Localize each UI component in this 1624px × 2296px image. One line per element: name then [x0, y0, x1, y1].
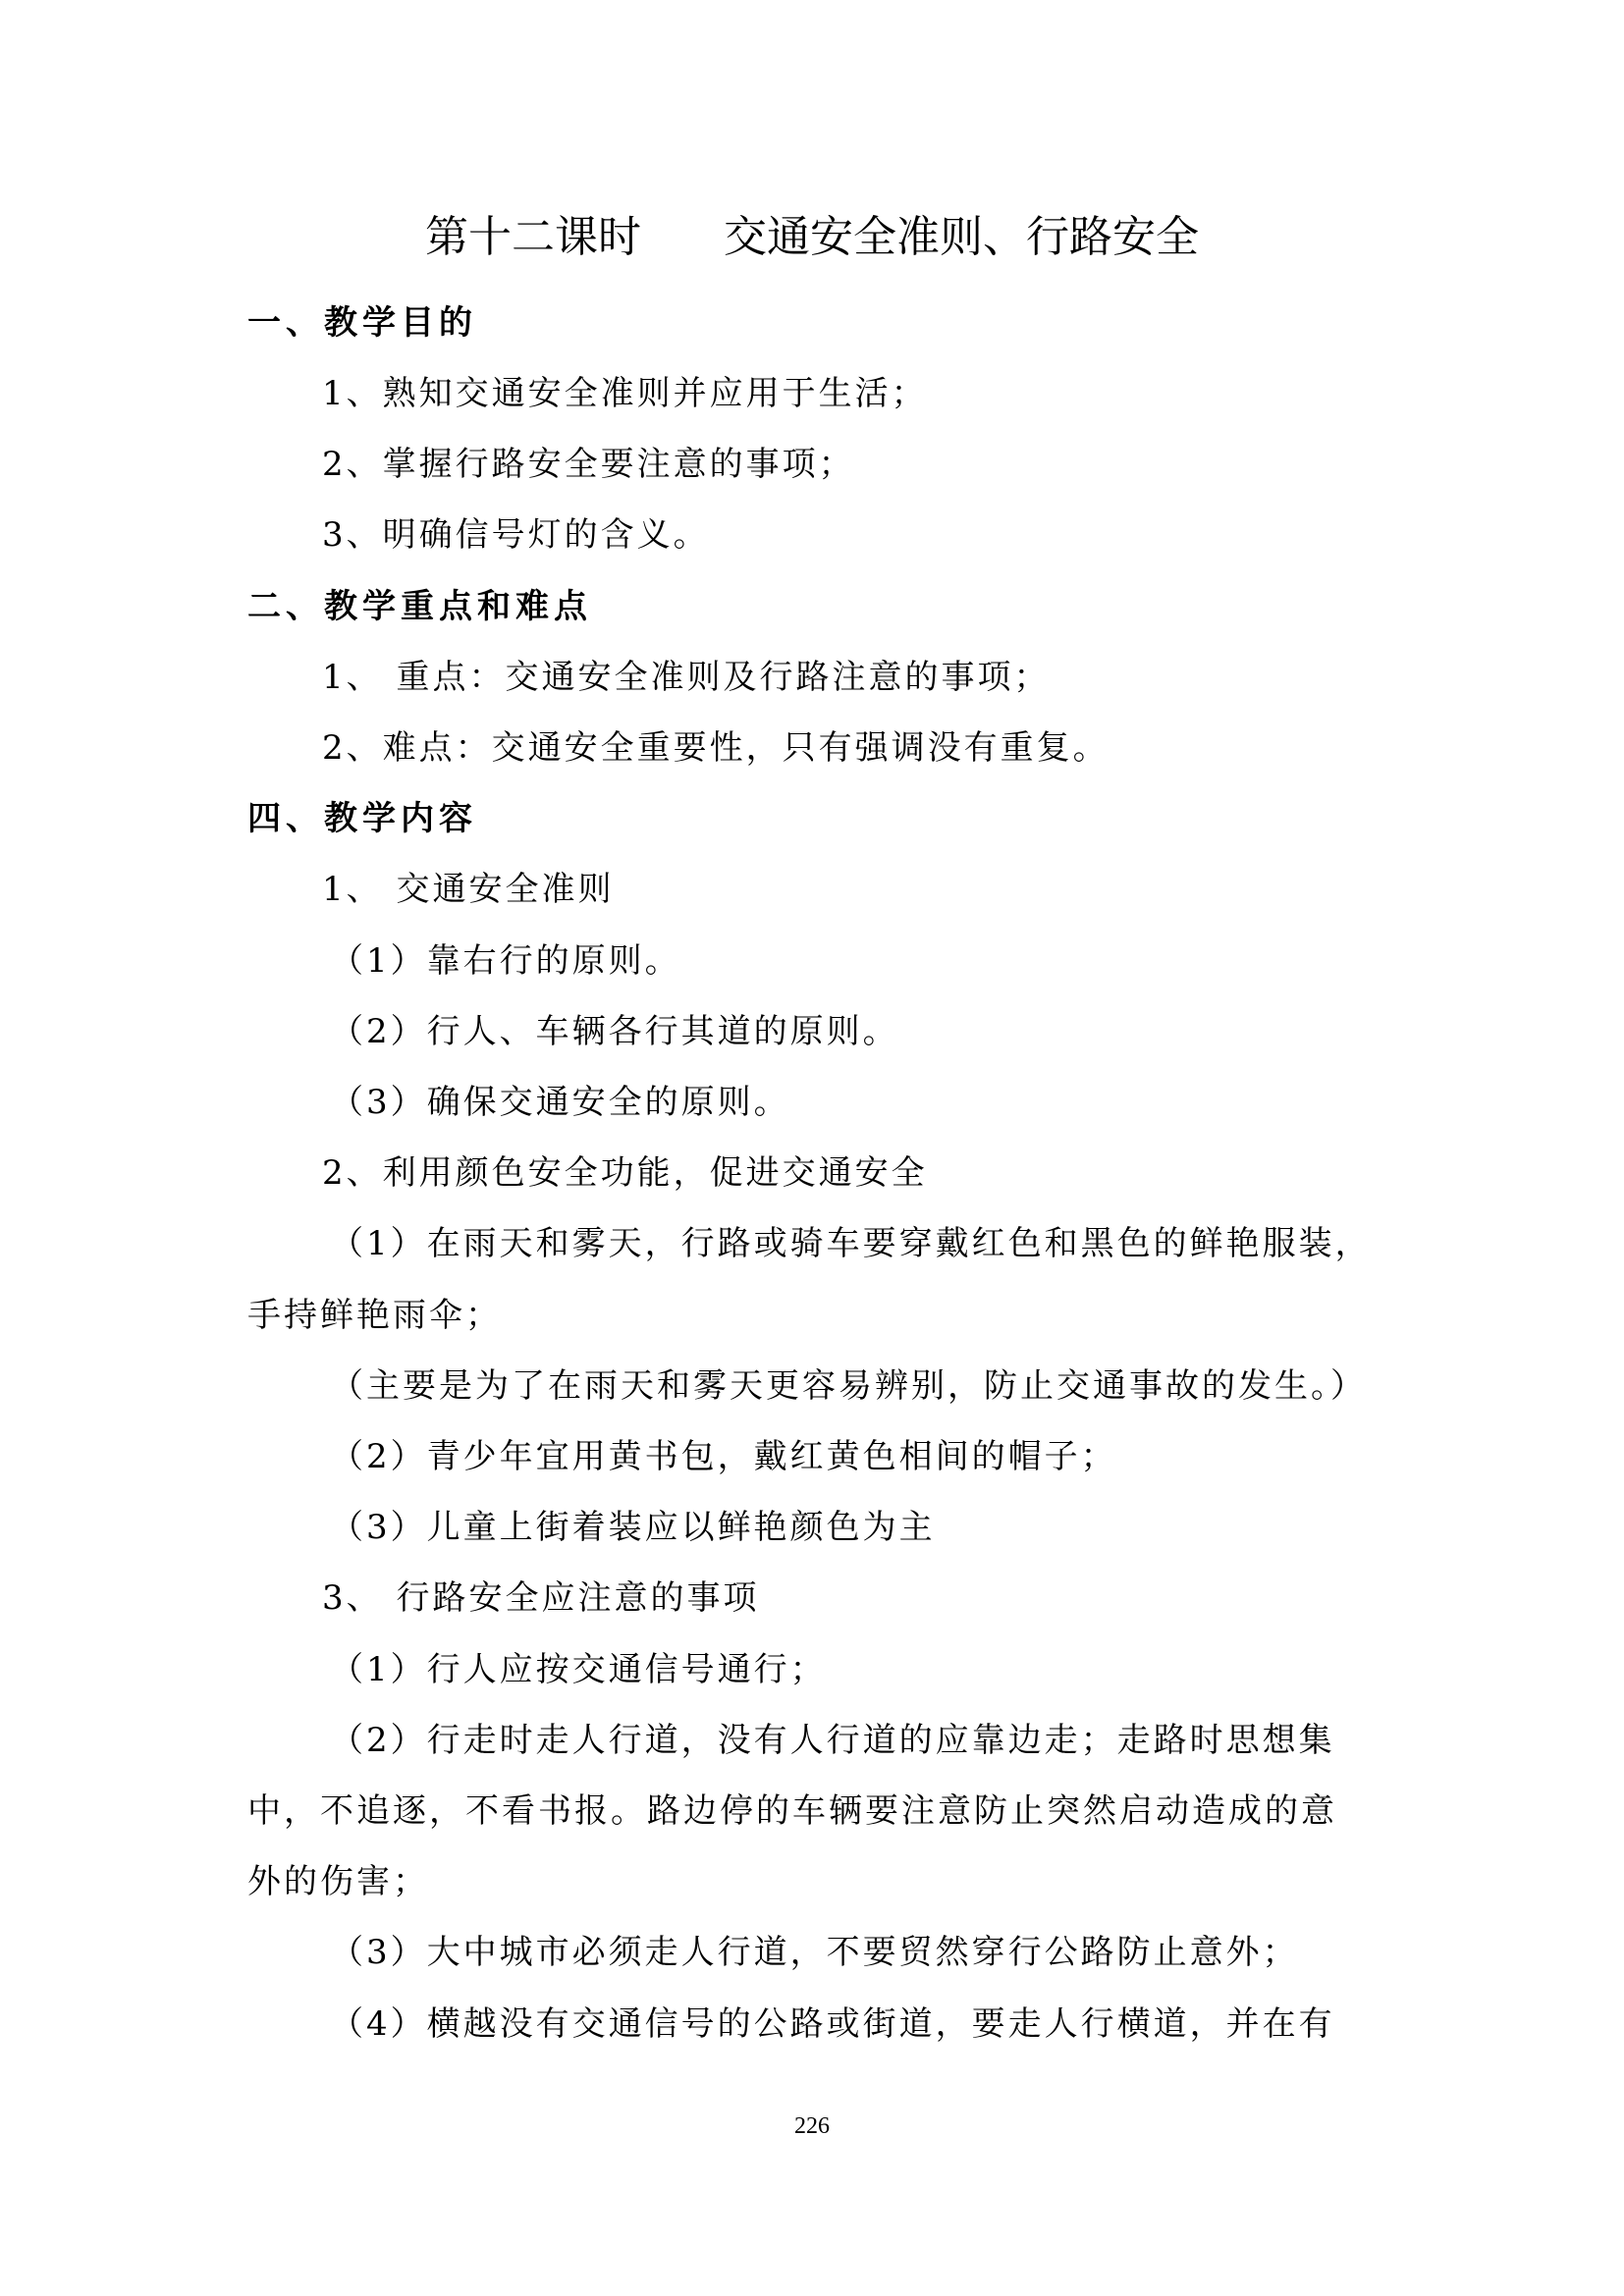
content-subitem: （1）在雨天和雾天，行路或骑车要穿戴红色和黑色的鲜艳服装， [330, 1219, 1372, 1268]
content-subitem: （4）横越没有交通信号的公路或街道，要走人行横道，并在有 [330, 2000, 1335, 2049]
content-subitem: （1）行人应按交通信号通行； [330, 1645, 827, 1694]
content-continuation: 中，不追逐，不看书报。路边停的车辆要注意防止突然启动造成的意 [247, 1787, 1337, 1836]
section-heading-key-points: 二、教学重点和难点 [247, 582, 592, 631]
section-heading-objectives: 一、教学目的 [247, 298, 477, 347]
content-subitem: （2）行人、车辆各行其道的原则。 [330, 1007, 899, 1056]
objective-item: 1、熟知交通安全准则并应用于生活； [322, 369, 928, 418]
content-item: 3、 行路安全应注意的事项 [322, 1574, 759, 1623]
content-continuation: 外的伤害； [247, 1857, 429, 1906]
key-point-item: 2、难点：交通安全重要性，只有强调没有重复。 [322, 723, 1110, 773]
document-page: 第十二课时 交通安全准则、行路安全 一、教学目的 1、熟知交通安全准则并应用于生… [0, 0, 1624, 2296]
content-subitem: （主要是为了在雨天和雾天更容易辨别，防止交通事故的发生。） [330, 1362, 1367, 1411]
page-title: 第十二课时 交通安全准则、行路安全 [0, 208, 1624, 267]
content-subitem: （1）靠右行的原则。 [330, 936, 681, 986]
section-heading-content: 四、教学内容 [247, 794, 477, 843]
objective-item: 2、掌握行路安全要注意的事项； [322, 440, 855, 489]
content-subitem: （3）大中城市必须走人行道，不要贸然穿行公路防止意外； [330, 1928, 1299, 1977]
objective-item: 3、明确信号灯的含义。 [322, 510, 710, 560]
content-continuation: 手持鲜艳雨伞； [247, 1291, 502, 1340]
content-subitem: （2）行走时走人行道，没有人行道的应靠边走；走路时思想集 [330, 1716, 1335, 1765]
page-number: 226 [0, 2109, 1624, 2144]
content-subitem: （3）儿童上街着装应以鲜艳颜色为主 [330, 1503, 936, 1552]
content-item: 2、利用颜色安全功能，促进交通安全 [322, 1148, 928, 1198]
key-point-item: 1、 重点：交通安全准则及行路注意的事项； [322, 653, 1050, 702]
content-subitem: （3）确保交通安全的原则。 [330, 1078, 790, 1127]
content-subitem: （2）青少年宜用黄书包，戴红黄色相间的帽子； [330, 1432, 1117, 1481]
content-item: 1、 交通安全准则 [322, 865, 614, 914]
